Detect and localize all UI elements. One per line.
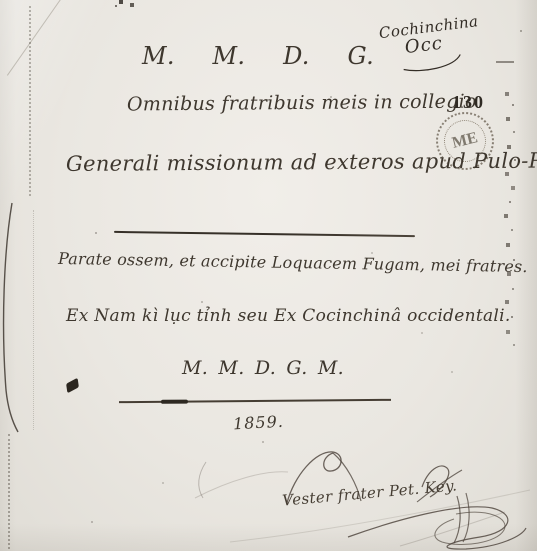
signature-text: Vester frater Pet. Key. xyxy=(282,476,458,509)
devise-line: M. M. D. G. xyxy=(142,42,374,70)
horizontal-rule-1 xyxy=(114,231,415,237)
devise-letter: M. xyxy=(213,42,246,70)
left-crease-curve xyxy=(0,0,537,551)
archival-annotation: Cochinchina Occ xyxy=(378,12,484,80)
horizontal-rule-2 xyxy=(119,399,391,403)
address-line-1: Omnibus fratribuis meis in collegio xyxy=(127,90,477,115)
body-line-3: M. M. D. G. M. xyxy=(182,357,344,379)
right-edge-dash xyxy=(496,61,514,63)
left-edge-lower-dots xyxy=(8,434,10,549)
devise-letter: M. xyxy=(142,42,175,70)
left-edge-faint-dots xyxy=(33,210,34,430)
paper-specks xyxy=(0,0,2,2)
body-line-1: Parate ossem, et accipite Loquacem Fugam… xyxy=(58,249,528,276)
ink-blot xyxy=(66,378,79,394)
manuscript-page: M. M. D. G. Cochinchina Occ Omnibus frat… xyxy=(0,0,537,551)
left-edge-dotted-line xyxy=(29,6,31,196)
devise-letter: G. xyxy=(347,42,374,70)
date-line: 1859. xyxy=(233,412,285,434)
fold-crease xyxy=(7,0,65,76)
address-line-2: Generali missionum ad exteros apud Pulo-… xyxy=(66,148,537,176)
body-line-2: Ex Nam kì lục tỉnh seu Ex Cocinchinâ occ… xyxy=(66,306,511,326)
devise-letter: D. xyxy=(283,42,310,70)
